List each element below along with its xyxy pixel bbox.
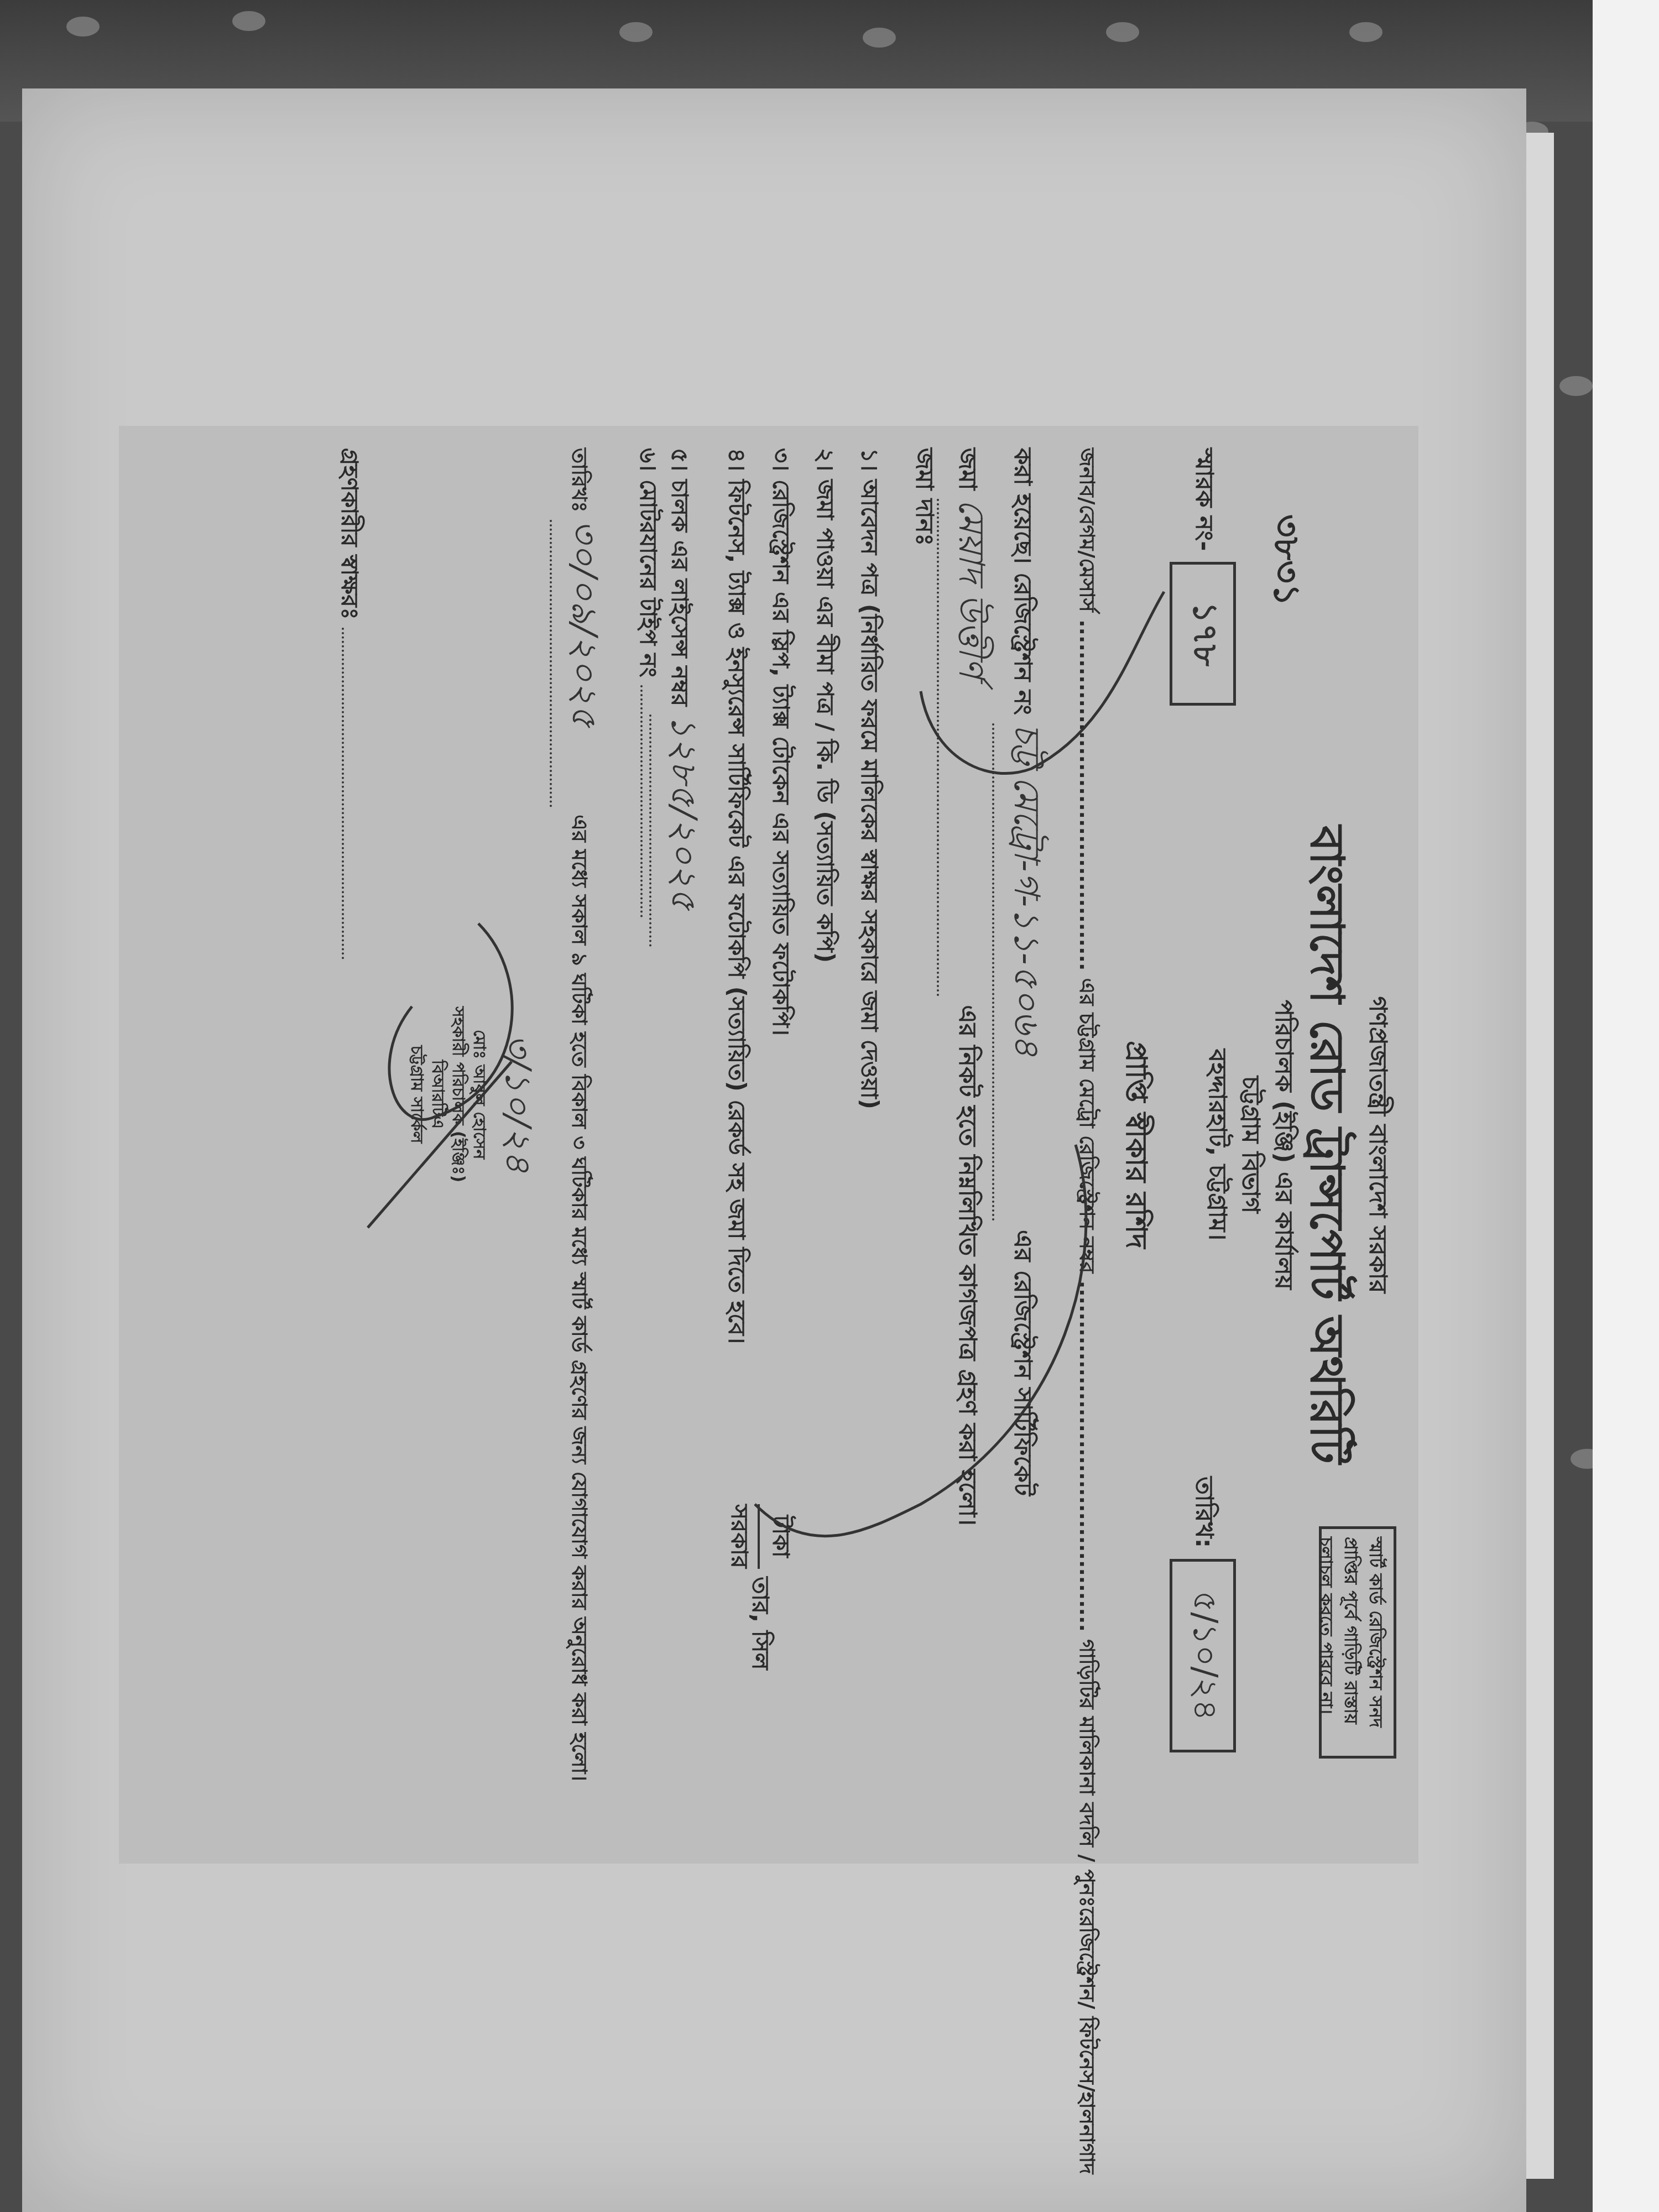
type-number bbox=[640, 685, 665, 917]
list-item-2: ২। জমা পাওয়া এর বীমা পত্র / কি. ডি (সত্… bbox=[804, 448, 843, 963]
body-line-2: করা হয়েছে। রেজিস্ট্রেশন নং চট্ট মেট্রো-… bbox=[992, 448, 1053, 1496]
list-item-6: ৬। মোটরযানের টাইপ নং bbox=[627, 448, 666, 917]
body-line-3: জমা মেয়াদ উত্তীর্ণ এর নিকট হতে নিম্নলিখ… bbox=[937, 448, 998, 1526]
memo-field: স্মারক নং- ১৭৮ bbox=[1170, 448, 1236, 706]
date-label: তারিখ: bbox=[1183, 1477, 1223, 1548]
memo-label: স্মারক নং- bbox=[1183, 448, 1223, 551]
date-value: ৫/১০/২৪ bbox=[1170, 1559, 1236, 1752]
date-field: তারিখ: ৫/১০/২৪ bbox=[1170, 1477, 1236, 1752]
officer-stamp: মোঃ আবুল হোসেন সহকারী পরিচালক (ইঞ্জিঃ) ব… bbox=[406, 1006, 489, 1182]
registration-number: চট্ট মেট্রো-গ-১১-৫০৬৪ bbox=[992, 723, 1053, 1221]
list-item-4: ৪। ফিটনেস, ট্যাক্স ও ইনস্যুরেন্স সার্টিফ… bbox=[716, 448, 755, 1344]
submission-date: ৩০/০৯/২০২৫ bbox=[550, 520, 611, 807]
notice-box: স্মার্ট কার্ড রেজিস্ট্রেশন সনদ প্রাপ্তির… bbox=[1319, 1526, 1396, 1759]
body-line-1: জনাব/বেগম/মেসার্স ......................… bbox=[1068, 448, 1103, 2174]
fee-suffix: তার, সিল bbox=[747, 1577, 774, 1670]
list-item-3: ৩। রেজিস্ট্রেশন এর স্লিপ, ট্যাক্স টোকেন … bbox=[760, 448, 799, 1036]
document-title: প্রাপ্তি স্বীকার রশিদ bbox=[1110, 426, 1159, 1864]
fee-denominator: সরকার bbox=[718, 1504, 758, 1569]
list-item-1: ১। আবেদন পত্র (নির্ধারিত ফরমে মালিকের স্… bbox=[848, 448, 888, 1109]
submission-line: তারিখঃ ৩০/০৯/২০২৫ এর মধ্যে সকাল ৯ ঘটিকা … bbox=[550, 448, 611, 1781]
document: গণপ্রজাতন্ত্রী বাংলাদেশ সরকার বাংলাদেশ র… bbox=[119, 426, 1418, 1864]
fee-section: টাকা সরকার তার, সিল bbox=[718, 1504, 799, 1670]
handwritten-note: মেয়াদ উত্তীর্ণ bbox=[937, 499, 998, 997]
photo-background-right bbox=[1593, 0, 1659, 2212]
fee-numerator: টাকা bbox=[758, 1504, 799, 1569]
receiver-signature-field: গ্রহণকারীর স্বাক্ষরঃ bbox=[328, 448, 368, 959]
memo-value: ১৭৮ bbox=[1170, 562, 1236, 706]
serial-number: ৩৮৩১ bbox=[1254, 514, 1313, 606]
officer-signature: ৩/১০/২৪ bbox=[486, 1034, 545, 1173]
list-intro: জমা দানঃ bbox=[902, 448, 943, 546]
